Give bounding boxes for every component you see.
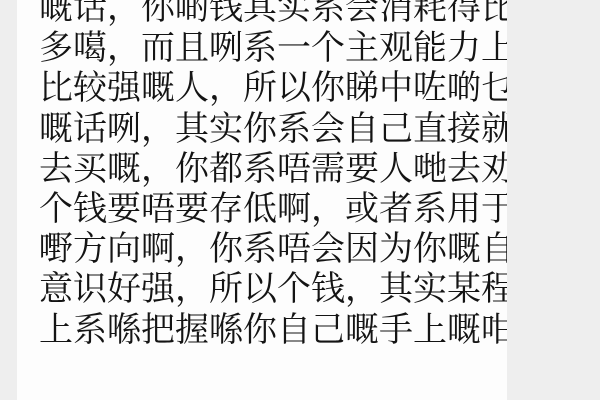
- message-text: 嘅话，你啲钱其实系会消耗得比较 多噶，而且咧系一个主观能力上面 比较强嘅人，所以…: [39, 0, 507, 390]
- message-panel: 嘅话，你啲钱其实系会消耗得比较 多噶，而且咧系一个主观能力上面 比较强嘅人，所以…: [17, 0, 507, 400]
- text-line: 嘢方向啊，你系唔会因为你嘅自主: [39, 229, 507, 269]
- text-line: 多噶，而且咧系一个主观能力上面: [39, 28, 507, 68]
- text-line: 比较强嘅人，所以你睇中咗啲乜嘢: [39, 68, 507, 108]
- text-line: 去买嘅，你都系唔需要人哋去劝你: [39, 149, 507, 189]
- text-line: 个钱要唔要存低啊，或者系用于乜: [39, 189, 507, 229]
- text-line: 上系喺把握喺你自己嘅手上嘅咁，: [39, 310, 507, 350]
- text-line-clipped: [39, 350, 507, 390]
- text-line: 嘅话，你啲钱其实系会消耗得比较: [39, 0, 507, 28]
- text-line: 意识好强，所以个钱，其实某程度: [39, 269, 507, 309]
- text-line: 嘅话咧，其实你系会自己直接就会: [39, 109, 507, 149]
